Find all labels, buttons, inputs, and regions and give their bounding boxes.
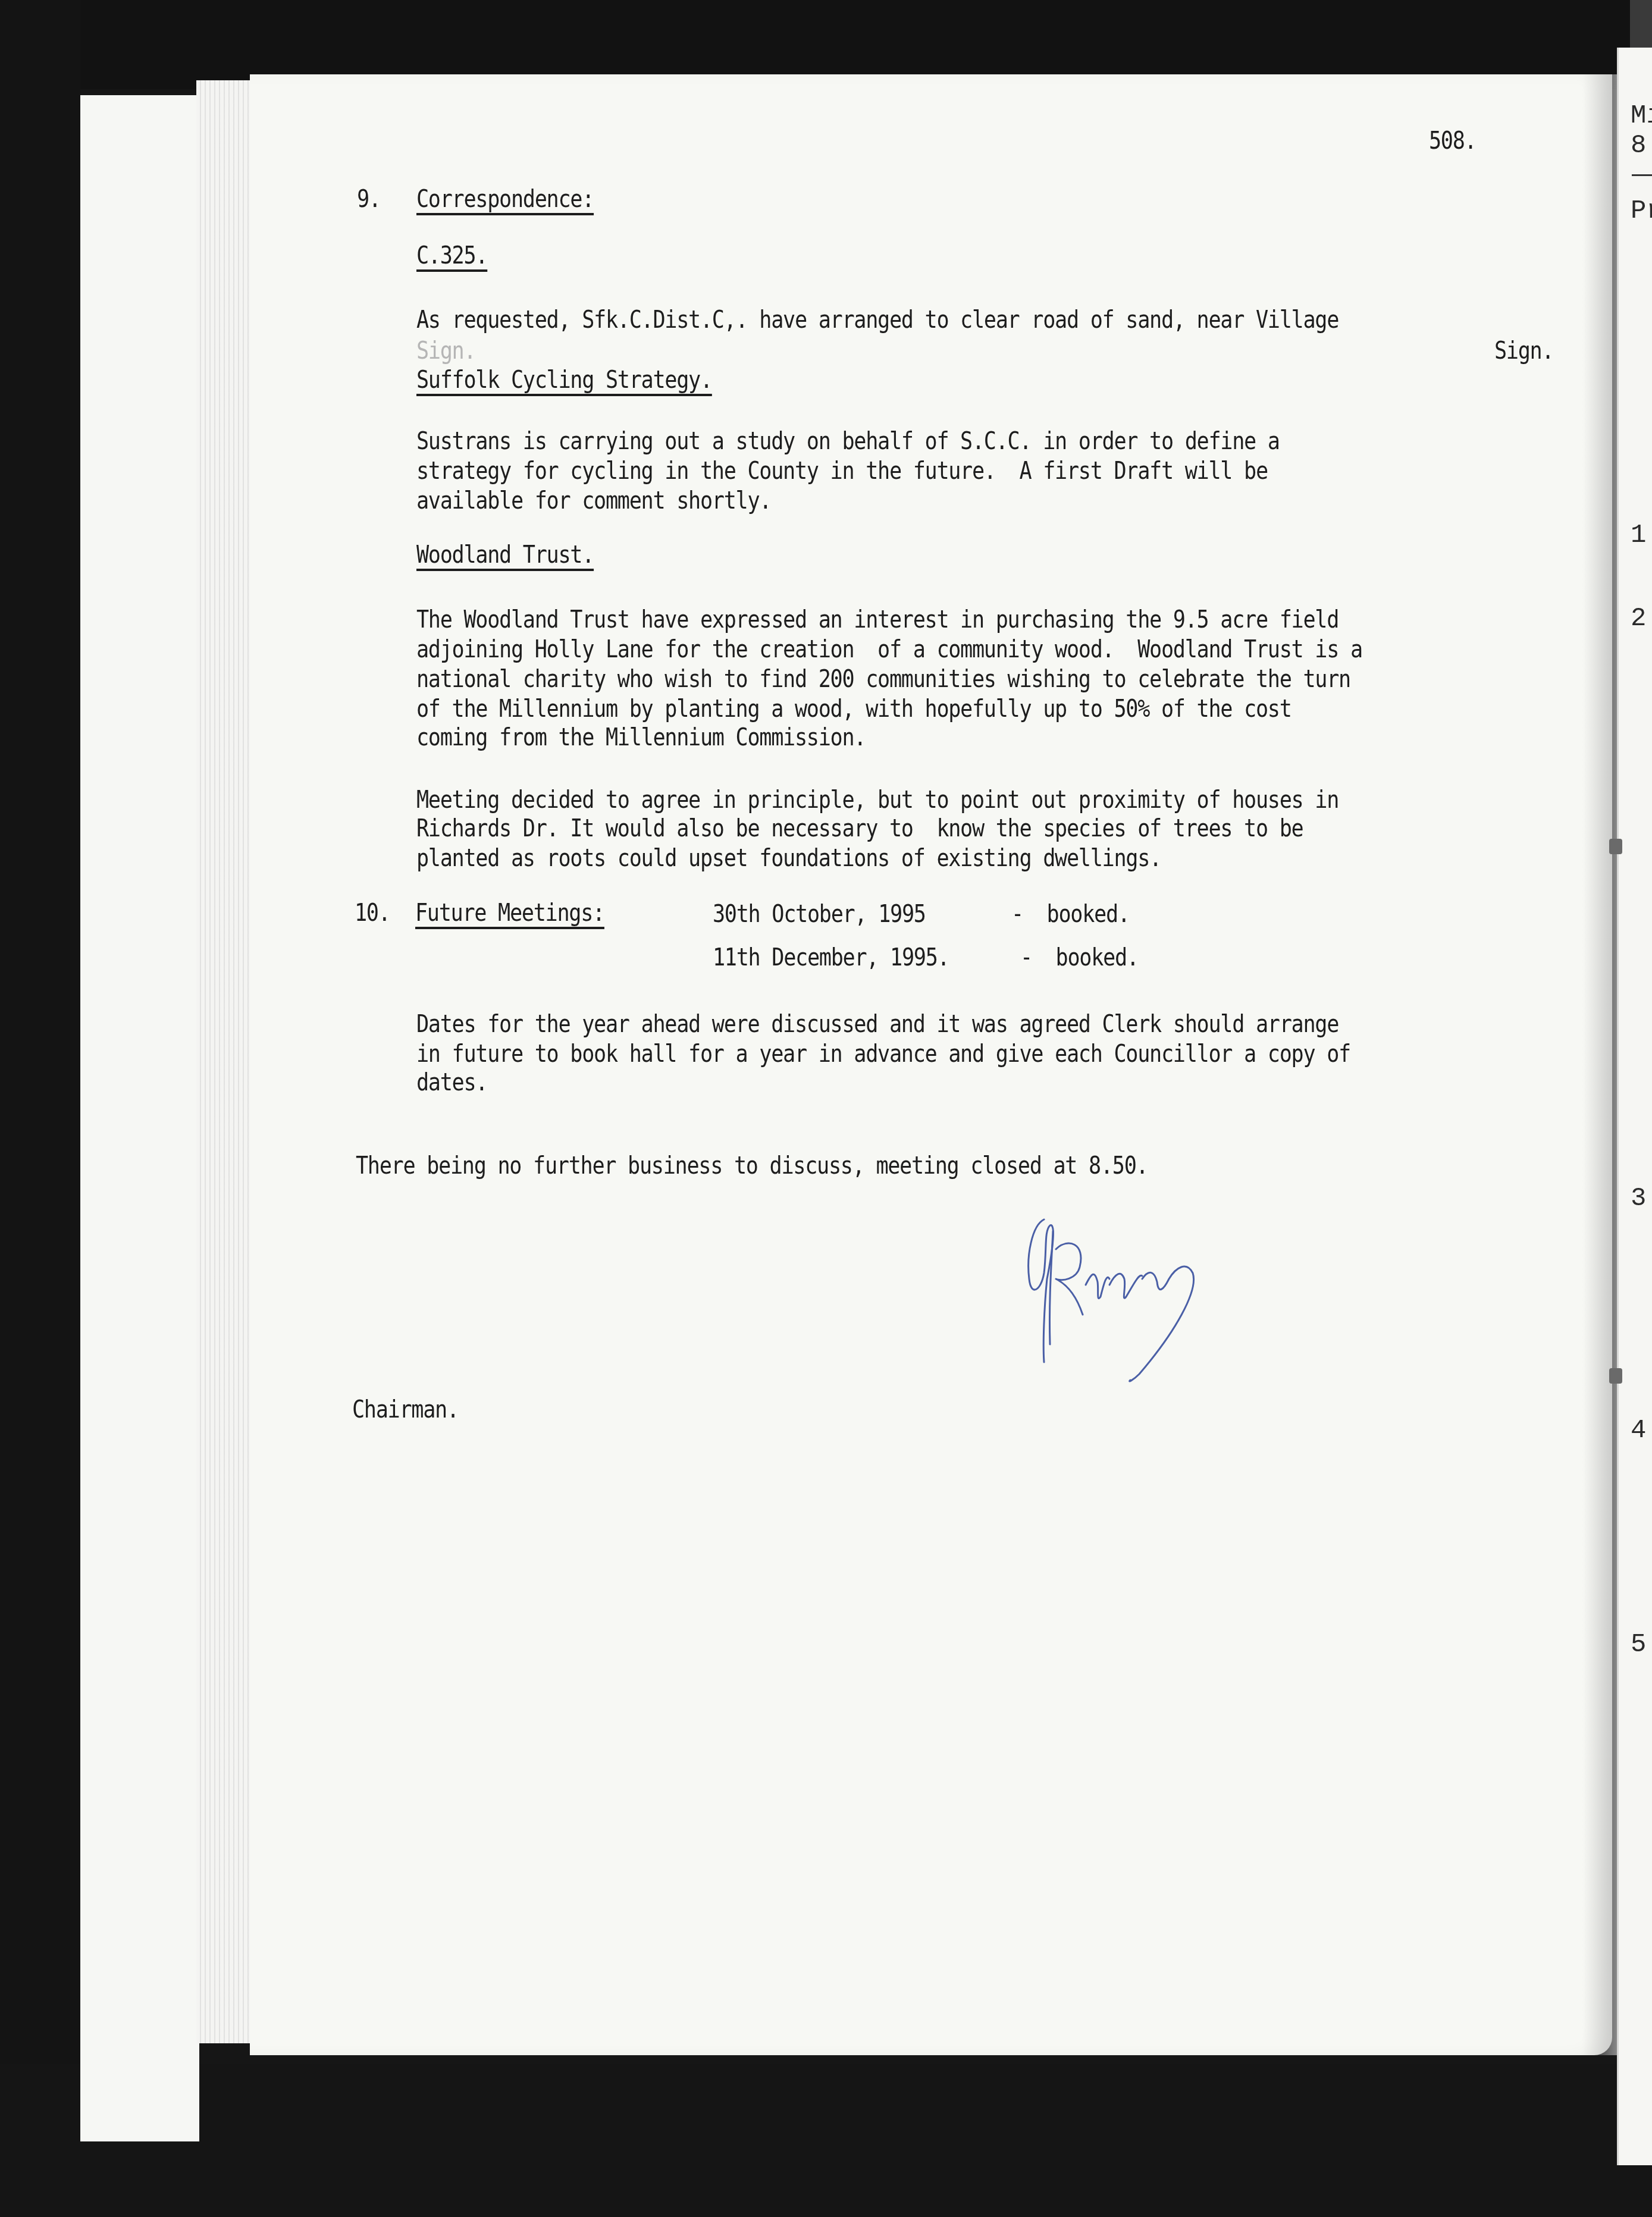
paragraph-line: Sign. [1494, 336, 1553, 366]
meeting-date: 30th October, 1995 [713, 899, 926, 929]
adjacent-page-fragment: 1. [1631, 520, 1652, 550]
paragraph-line: dates. [416, 1068, 487, 1097]
page-stack-edges [196, 80, 253, 2043]
paragraph-line: in future to book hall for a year in adv… [416, 1039, 1350, 1069]
adjacent-page-fragment: 3. [1631, 1184, 1652, 1213]
adjacent-page-fragment: Mi [1631, 101, 1652, 131]
subheading-c325: C.325. [416, 241, 487, 271]
paragraph-line: Richards Dr. It would also be necessary … [416, 814, 1303, 843]
paragraph-line: The Woodland Trust have expressed an int… [416, 605, 1338, 635]
gutter-shadow [1582, 74, 1618, 2055]
book-cover-bottom [0, 2064, 1652, 2217]
paragraph-line: adjoining Holly Lane for the creation of… [416, 635, 1362, 664]
section-number: 10. [355, 898, 390, 928]
adjacent-page-fragment: 4. [1631, 1416, 1652, 1445]
paragraph-line: national charity who wish to find 200 co… [416, 664, 1350, 694]
paragraph-line: Sustrans is carrying out a study on beha… [416, 427, 1280, 456]
paragraph-line: of the Millennium by planting a wood, wi… [416, 694, 1291, 724]
meeting-date: 11th December, 1995. [713, 943, 949, 973]
section-number: 9. [357, 184, 381, 214]
adjacent-page-fragment: 2. [1631, 604, 1652, 634]
adjacent-page-rule [1632, 174, 1652, 176]
subheading-woodland-trust: Woodland Trust. [416, 540, 594, 570]
handwritten-signature [1020, 1213, 1294, 1392]
paragraph-line: coming from the Millennium Commission. [416, 723, 866, 752]
binding-clip-mark [1609, 839, 1622, 854]
faint-overprint-text: Sign. [416, 336, 475, 366]
closing-statement: There being no further business to discu… [356, 1151, 1148, 1181]
adjacent-page-strip: Mi 8 Pr 1. 2. 3. 4. 5. [1617, 48, 1652, 2165]
adjacent-page-fragment: 5. [1631, 1630, 1652, 1660]
book-cover-left [0, 0, 80, 2217]
section-heading-future-meetings: Future Meetings: [415, 898, 604, 928]
adjacent-page-fragment: Pr [1631, 196, 1652, 226]
paragraph-line: strategy for cycling in the County in th… [416, 456, 1268, 486]
meeting-status: - booked. [1011, 899, 1130, 929]
section-heading-correspondence: Correspondence: [416, 184, 594, 214]
meeting-status: - booked. [1020, 943, 1139, 973]
adjacent-page-fragment: 8 [1631, 131, 1646, 161]
subheading-suffolk-cycling-strategy: Suffolk Cycling Strategy. [416, 365, 712, 395]
paragraph-line: planted as roots could upset foundations… [416, 843, 1161, 873]
binding-clip-mark [1609, 1368, 1622, 1384]
paragraph-line: Dates for the year ahead were discussed … [416, 1009, 1338, 1039]
page-number: 508. [1429, 126, 1476, 156]
underlying-page-edge [80, 95, 199, 2141]
signatory-label: Chairman. [352, 1395, 459, 1425]
paragraph-line: Meeting decided to agree in principle, b… [416, 785, 1338, 815]
paragraph-line: available for comment shortly. [416, 486, 771, 516]
paragraph-line: As requested, Sfk.C.Dist.C,. have arrang… [416, 305, 1338, 335]
